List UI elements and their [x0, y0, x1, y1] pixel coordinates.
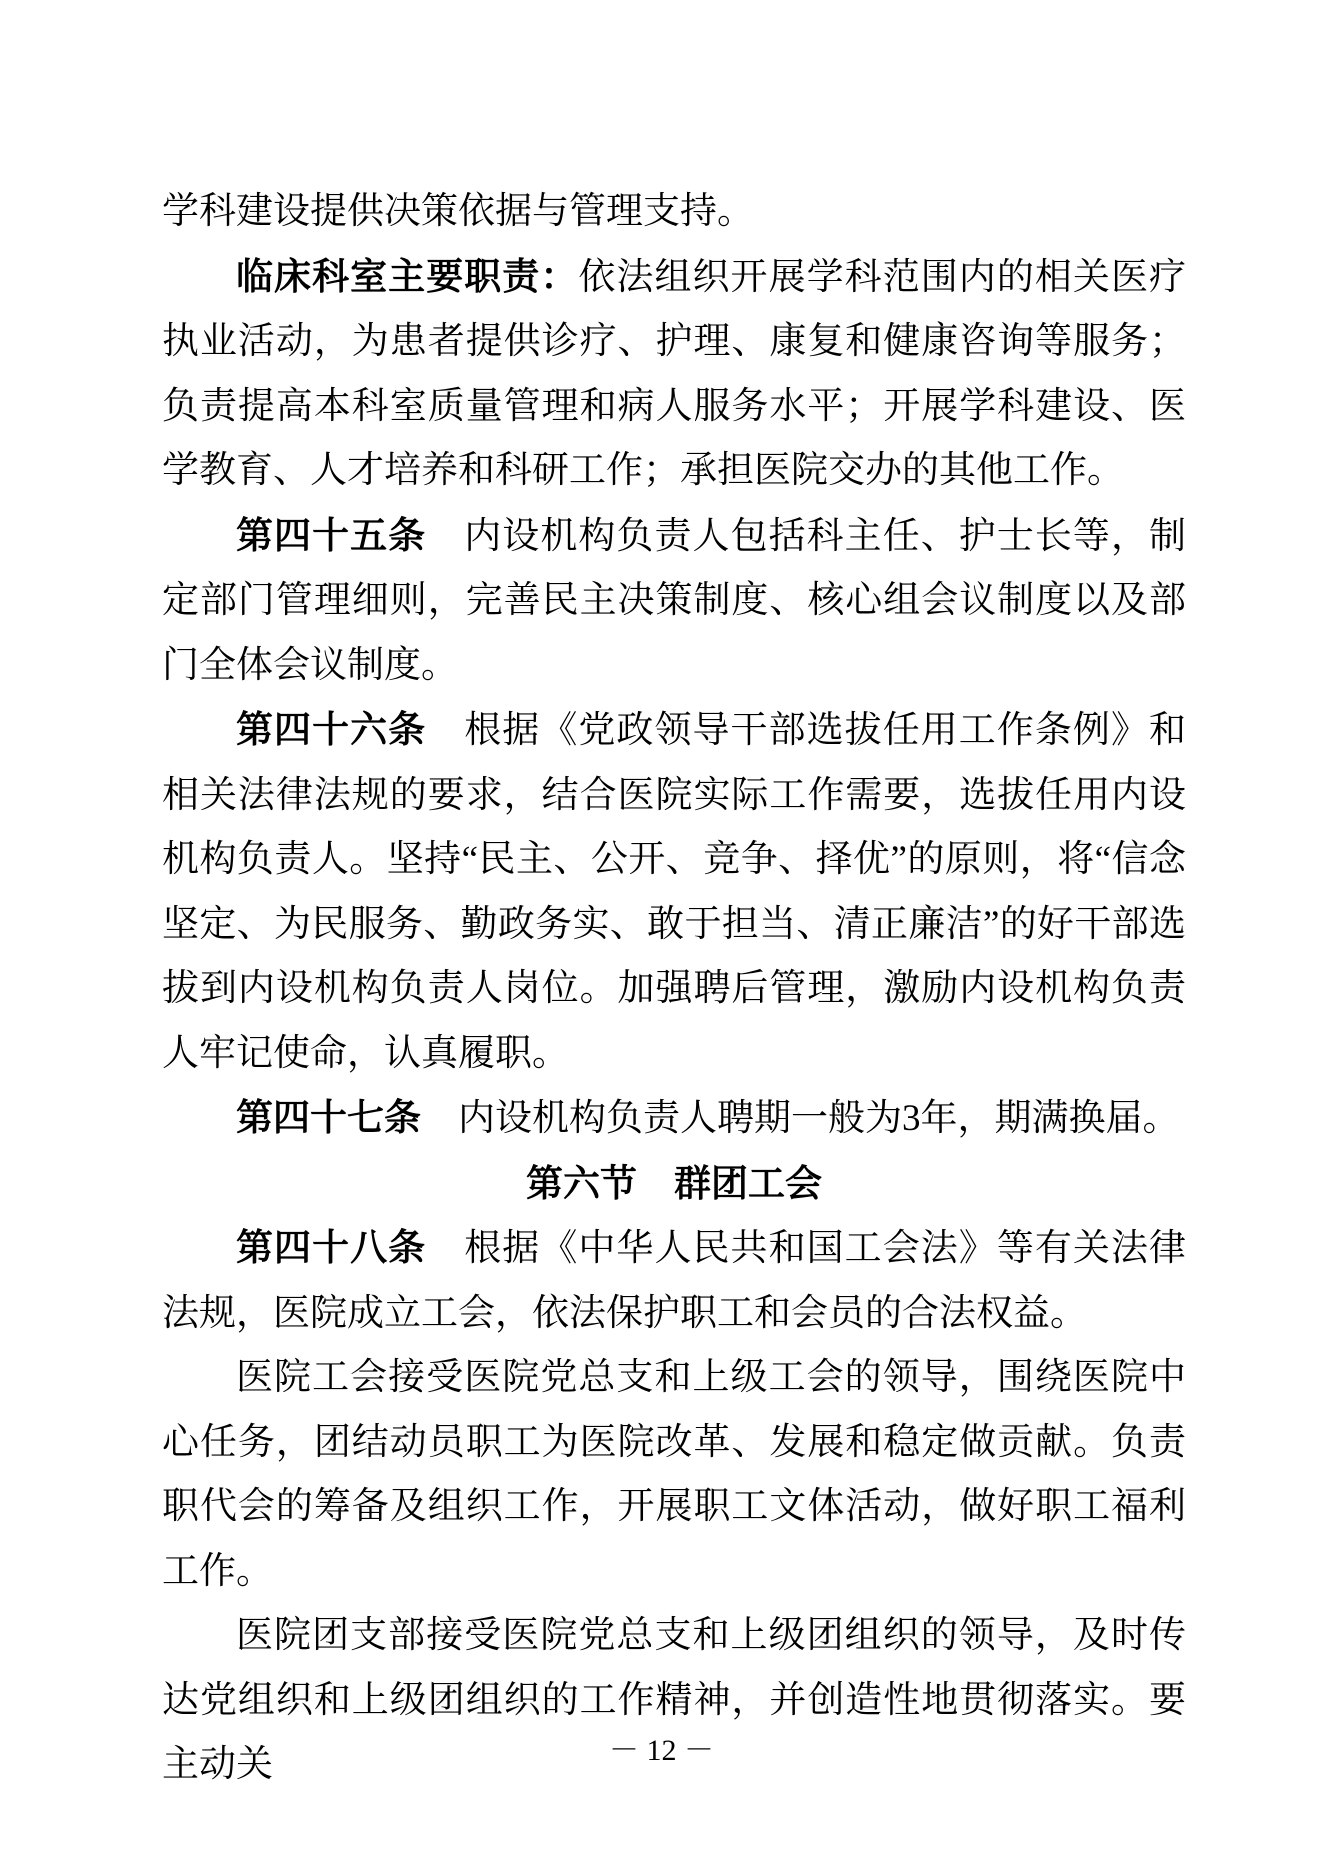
document-body: 学科建设提供决策依据与管理支持。临床科室主要职责：依法组织开展学科范围内的相关医… — [162, 180, 1186, 1798]
page-footer: － 12 － — [0, 1733, 1323, 1769]
text-run: 医院工会接受医院党总支和上级工会的领导，围绕医院中心任务，团结动员职工为医院改革… — [162, 1357, 1186, 1592]
bold-run: 第四十五条 — [236, 515, 426, 556]
section-heading: 第六节 群团工会 — [162, 1152, 1186, 1217]
paragraph: 临床科室主要职责：依法组织开展学科范围内的相关医疗执业活动，为患者提供诊疗、护理… — [162, 245, 1186, 504]
text-run: 内设机构负责人聘期一般为3年，期满换届。 — [421, 1098, 1180, 1139]
bold-run: 第六节 群团工会 — [526, 1163, 822, 1204]
paragraph: 第四十八条 根据《中华人民共和国工会法》等有关法律法规，医院成立工会，依法保护职… — [162, 1216, 1186, 1346]
paragraph: 第四十五条 内设机构负责人包括科主任、护士长等，制定部门管理细则，完善民主决策制… — [162, 504, 1186, 699]
page-number: － 12 － — [609, 1734, 714, 1767]
text-run: 学科建设提供决策依据与管理支持。 — [162, 191, 754, 232]
text-run: 根据《党政领导干部选拔任用工作条例》和相关法律法规的要求，结合医院实际工作需要，… — [162, 710, 1186, 1074]
bold-run: 第四十八条 — [236, 1227, 426, 1268]
bold-run: 第四十六条 — [236, 709, 426, 750]
paragraph: 第四十六条 根据《党政领导干部选拔任用工作条例》和相关法律法规的要求，结合医院实… — [162, 698, 1186, 1086]
paragraph: 第四十七条 内设机构负责人聘期一般为3年，期满换届。 — [162, 1086, 1186, 1152]
bold-run: 临床科室主要职责： — [236, 256, 578, 297]
bold-run: 第四十七条 — [236, 1097, 421, 1138]
paragraph: 学科建设提供决策依据与管理支持。 — [162, 180, 1186, 245]
document-page: 学科建设提供决策依据与管理支持。临床科室主要职责：依法组织开展学科范围内的相关医… — [0, 0, 1323, 1871]
paragraph: 医院工会接受医院党总支和上级工会的领导，围绕医院中心任务，团结动员职工为医院改革… — [162, 1346, 1186, 1604]
